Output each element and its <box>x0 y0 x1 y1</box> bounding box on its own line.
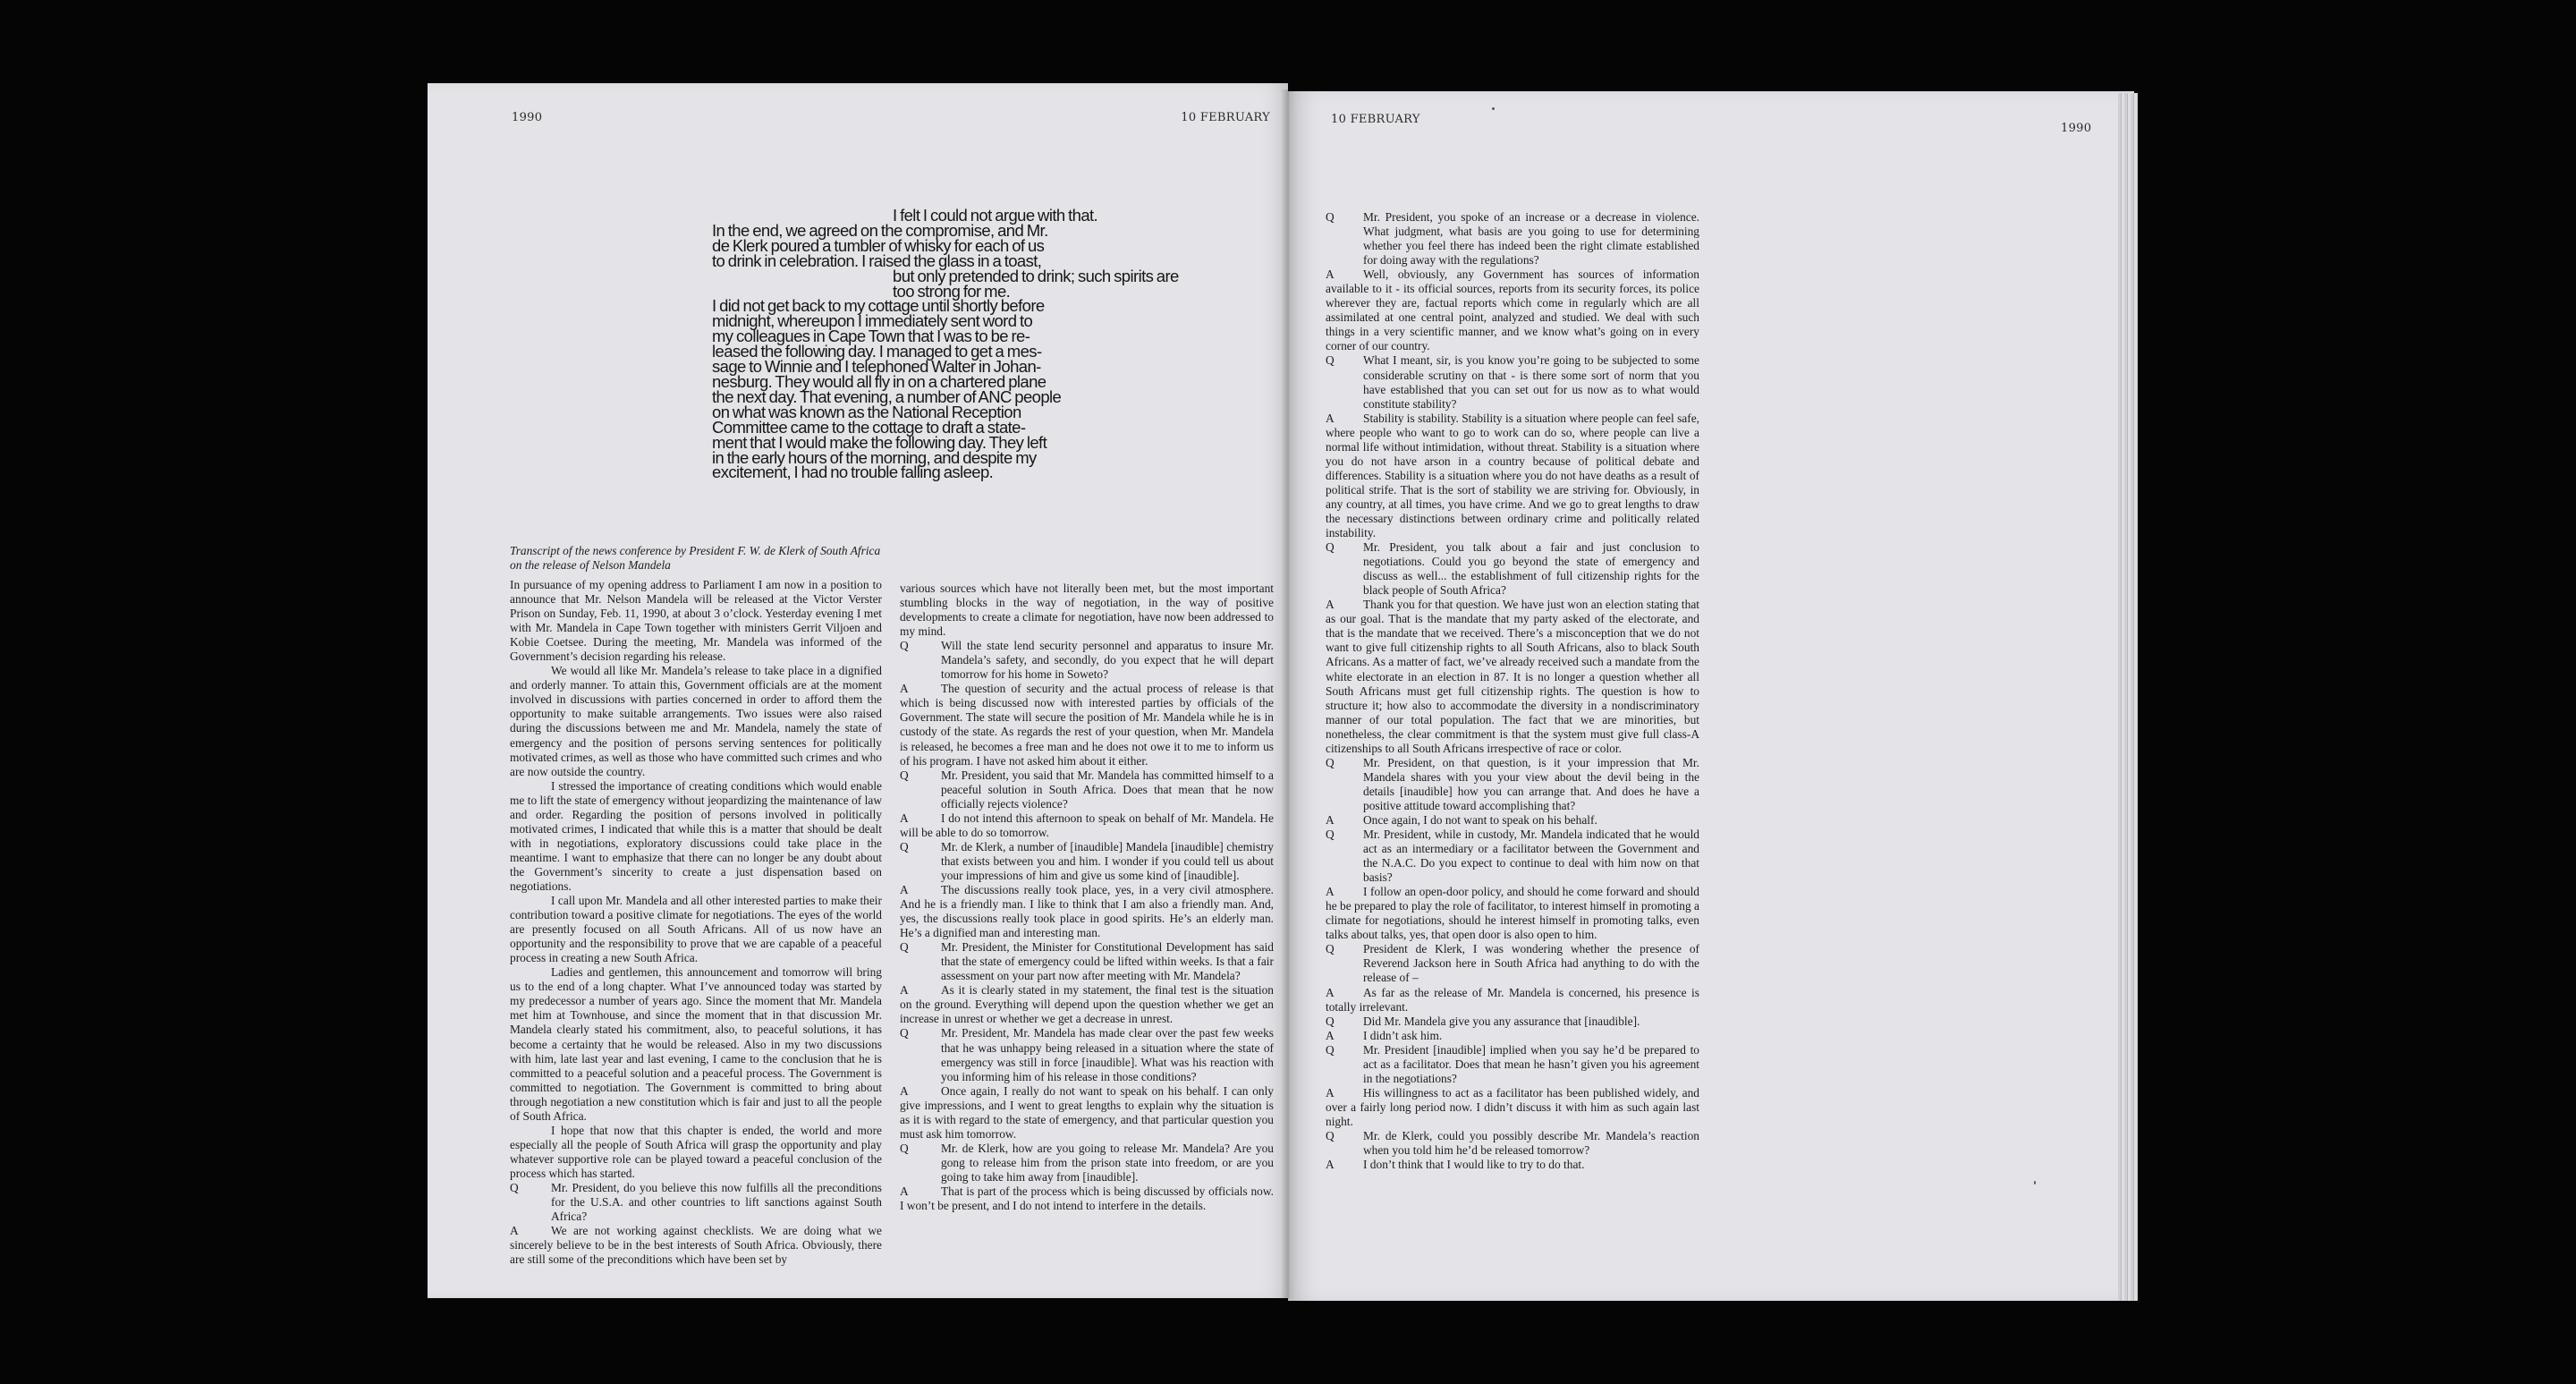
entry-text: His willingness to act as a facilitator … <box>1326 1086 1699 1128</box>
question-entry: QPresident de Klerk, I was wondering whe… <box>1326 942 1699 985</box>
entry-text: We are not working against checklists. W… <box>510 1224 882 1266</box>
question-entry: QMr. President [inaudible] implied when … <box>1326 1043 1699 1086</box>
question-entry: QMr. President, do you believe this now … <box>510 1181 882 1224</box>
lead-paragraph: In pursuance of my opening address to Pa… <box>510 578 882 664</box>
question-entry: QMr. President, the Minister for Constit… <box>900 940 1274 983</box>
answer-entry: AThe question of security and the actual… <box>900 682 1274 768</box>
left-running-head-year: 1990 <box>512 111 542 124</box>
paper-speck <box>2034 1181 2036 1184</box>
answer-entry: AWe are not working against checklists. … <box>510 1224 882 1267</box>
answer-marker: A <box>1326 267 1335 282</box>
question-marker: Q <box>900 768 909 783</box>
answer-marker: A <box>900 983 909 998</box>
entry-text: Thank you for that question. We have jus… <box>1326 598 1699 754</box>
answer-marker: A <box>1326 412 1335 426</box>
question-marker: Q <box>900 1142 909 1156</box>
entry-text: What I meant, sir, is you know you’re go… <box>1363 353 1699 411</box>
answer-entry: AI do not intend this afternoon to speak… <box>900 811 1274 840</box>
answer-marker: A <box>900 811 909 826</box>
answer-marker: A <box>900 682 909 696</box>
entry-text: Will the state lend security personnel a… <box>941 639 1274 682</box>
entry-text: Mr. President, while in custody, Mr. Man… <box>1363 828 1699 885</box>
paragraph: Ladies and gentlemen, this announcement … <box>510 965 882 1124</box>
question-marker: Q <box>1326 1129 1335 1143</box>
question-marker: Q <box>1326 942 1335 956</box>
answer-entry: AHis willingness to act as a facilitator… <box>1326 1086 1699 1129</box>
question-entry: QMr. President, on that question, is it … <box>1326 756 1699 813</box>
entry-text: Mr. de Klerk, how are you going to relea… <box>941 1142 1274 1184</box>
question-entry: QMr. de Klerk, a number of [inaudible] M… <box>900 840 1274 883</box>
memoir-excerpt: I felt I could not argue with that.In th… <box>712 208 1222 480</box>
entry-text: Mr. President, you talk about a fair and… <box>1363 540 1699 598</box>
entry-text: The question of security and the actual … <box>900 682 1274 767</box>
answer-marker: A <box>1326 885 1335 899</box>
entry-text: Mr. de Klerk, could you possibly describ… <box>1363 1129 1699 1158</box>
transcript-caption: Transcript of the news conference by Pre… <box>510 544 885 573</box>
answer-entry: AOnce again, I do not want to speak on h… <box>1326 813 1699 828</box>
question-entry: QDid Mr. Mandela give you any assurance … <box>1326 1015 1699 1029</box>
answer-marker: A <box>1326 986 1335 1000</box>
entry-text: I follow an open-door policy, and should… <box>1326 885 1699 941</box>
book-gutter <box>1281 89 1297 1299</box>
answer-marker: A <box>1326 1086 1335 1100</box>
answer-marker: A <box>900 1184 909 1199</box>
question-entry: QMr. de Klerk, could you possibly descri… <box>1326 1129 1699 1158</box>
entry-text: As far as the release of Mr. Mandela is … <box>1326 986 1699 1014</box>
entry-text: Mr. President, Mr. Mandela has made clea… <box>941 1026 1274 1083</box>
answer-marker: A <box>1326 1158 1335 1172</box>
question-marker: Q <box>900 840 909 854</box>
answer-entry: AStability is stability. Stability is a … <box>1326 412 1699 540</box>
left-page-column-2: various sources which have not literally… <box>900 582 1274 1213</box>
entry-text: President de Klerk, I was wondering whet… <box>1363 942 1699 985</box>
answer-entry: AThank you for that question. We have ju… <box>1326 598 1699 756</box>
left-running-head-date: 10 FEBRUARY <box>1179 111 1270 124</box>
question-entry: QWill the state lend security personnel … <box>900 639 1274 682</box>
question-marker: Q <box>1326 353 1335 368</box>
page-edge-stack-right <box>2118 93 2138 1301</box>
entry-text: I do not intend this afternoon to speak … <box>900 811 1274 839</box>
answer-entry: AThe discussions really took place, yes,… <box>900 883 1274 940</box>
answer-entry: AThat is part of the process which is be… <box>900 1184 1274 1213</box>
answer-entry: AAs far as the release of Mr. Mandela is… <box>1326 986 1699 1015</box>
entry-text: Mr. President, you spoke of an increase … <box>1363 210 1699 267</box>
question-entry: QMr. President, while in custody, Mr. Ma… <box>1326 828 1699 885</box>
answer-marker: A <box>1326 1029 1335 1043</box>
entry-text: Once again, I really do not want to spea… <box>900 1084 1274 1141</box>
question-entry: QMr. President, Mr. Mandela has made cle… <box>900 1026 1274 1083</box>
paragraph: I stressed the importance of creating co… <box>510 779 882 894</box>
answer-entry: AWell, obviously, any Government has sou… <box>1326 267 1699 353</box>
question-entry: QMr. de Klerk, how are you going to rele… <box>900 1142 1274 1184</box>
entry-text: Mr. President, on that question, is it y… <box>1363 756 1699 813</box>
question-entry: QWhat I meant, sir, is you know you’re g… <box>1326 353 1699 411</box>
right-page-column-1: QMr. President, you spoke of an increase… <box>1326 210 1699 1172</box>
answer-entry: AAs it is clearly stated in my statement… <box>900 983 1274 1026</box>
answer-entry: AOnce again, I really do not want to spe… <box>900 1084 1274 1142</box>
question-marker: Q <box>1326 756 1335 770</box>
entry-text: As it is clearly stated in my statement,… <box>900 983 1274 1025</box>
right-running-head-date: 10 FEBRUARY <box>1331 113 1420 126</box>
question-marker: Q <box>1326 210 1335 225</box>
entry-text: Did Mr. Mandela give you any assurance t… <box>1363 1015 1699 1029</box>
question-marker: Q <box>1326 828 1335 842</box>
question-marker: Q <box>900 639 909 653</box>
paragraph: I call upon Mr. Mandela and all other in… <box>510 894 882 965</box>
right-running-head-year: 1990 <box>2061 122 2091 135</box>
answer-marker: A <box>1326 598 1335 612</box>
question-marker: Q <box>510 1181 519 1195</box>
entry-text: Mr. President [inaudible] implied when y… <box>1363 1043 1699 1086</box>
excerpt-line: excitement, I had no trouble falling asl… <box>712 465 1222 480</box>
entry-text: Mr. President, you said that Mr. Mandela… <box>941 768 1274 811</box>
question-entry: QMr. President, you spoke of an increase… <box>1326 210 1699 267</box>
entry-text: Well, obviously, any Government has sour… <box>1326 267 1699 352</box>
question-marker: Q <box>900 940 909 955</box>
question-marker: Q <box>900 1026 909 1040</box>
entry-text: The discussions really took place, yes, … <box>900 883 1274 939</box>
question-entry: QMr. President, you talk about a fair an… <box>1326 540 1699 598</box>
paragraph: I hope that now that this chapter is end… <box>510 1124 882 1181</box>
entry-text: That is part of the process which is bei… <box>900 1184 1274 1212</box>
answer-entry: AI don’t think that I would like to try … <box>1326 1158 1699 1172</box>
answer-entry: AI follow an open-door policy, and shoul… <box>1326 885 1699 942</box>
paper-speck <box>1492 107 1495 110</box>
question-marker: Q <box>1326 1043 1335 1057</box>
question-entry: QMr. President, you said that Mr. Mandel… <box>900 768 1274 811</box>
entry-text: Mr. de Klerk, a number of [inaudible] Ma… <box>941 840 1274 883</box>
entry-text: I didn’t ask him. <box>1363 1029 1442 1042</box>
entry-text: Mr. President, do you believe this now f… <box>551 1181 882 1224</box>
answer-marker: A <box>1326 813 1335 828</box>
left-page-column-1: In pursuance of my opening address to Pa… <box>510 578 882 1267</box>
answer-marker: A <box>900 883 909 897</box>
answer-marker: A <box>510 1224 519 1238</box>
entry-text: I don’t think that I would like to try t… <box>1363 1158 1584 1171</box>
entry-text: Once again, I do not want to speak on hi… <box>1363 813 1597 827</box>
answer-entry: AI didn’t ask him. <box>1326 1029 1699 1043</box>
answer-marker: A <box>900 1084 909 1099</box>
entry-text: Stability is stability. Stability is a s… <box>1326 412 1699 539</box>
question-marker: Q <box>1326 540 1335 555</box>
entry-text: Mr. President, the Minister for Constitu… <box>941 940 1274 983</box>
continued-paragraph: various sources which have not literally… <box>900 582 1274 639</box>
paragraph: We would all like Mr. Mandela’s release … <box>510 664 882 778</box>
question-marker: Q <box>1326 1015 1335 1029</box>
